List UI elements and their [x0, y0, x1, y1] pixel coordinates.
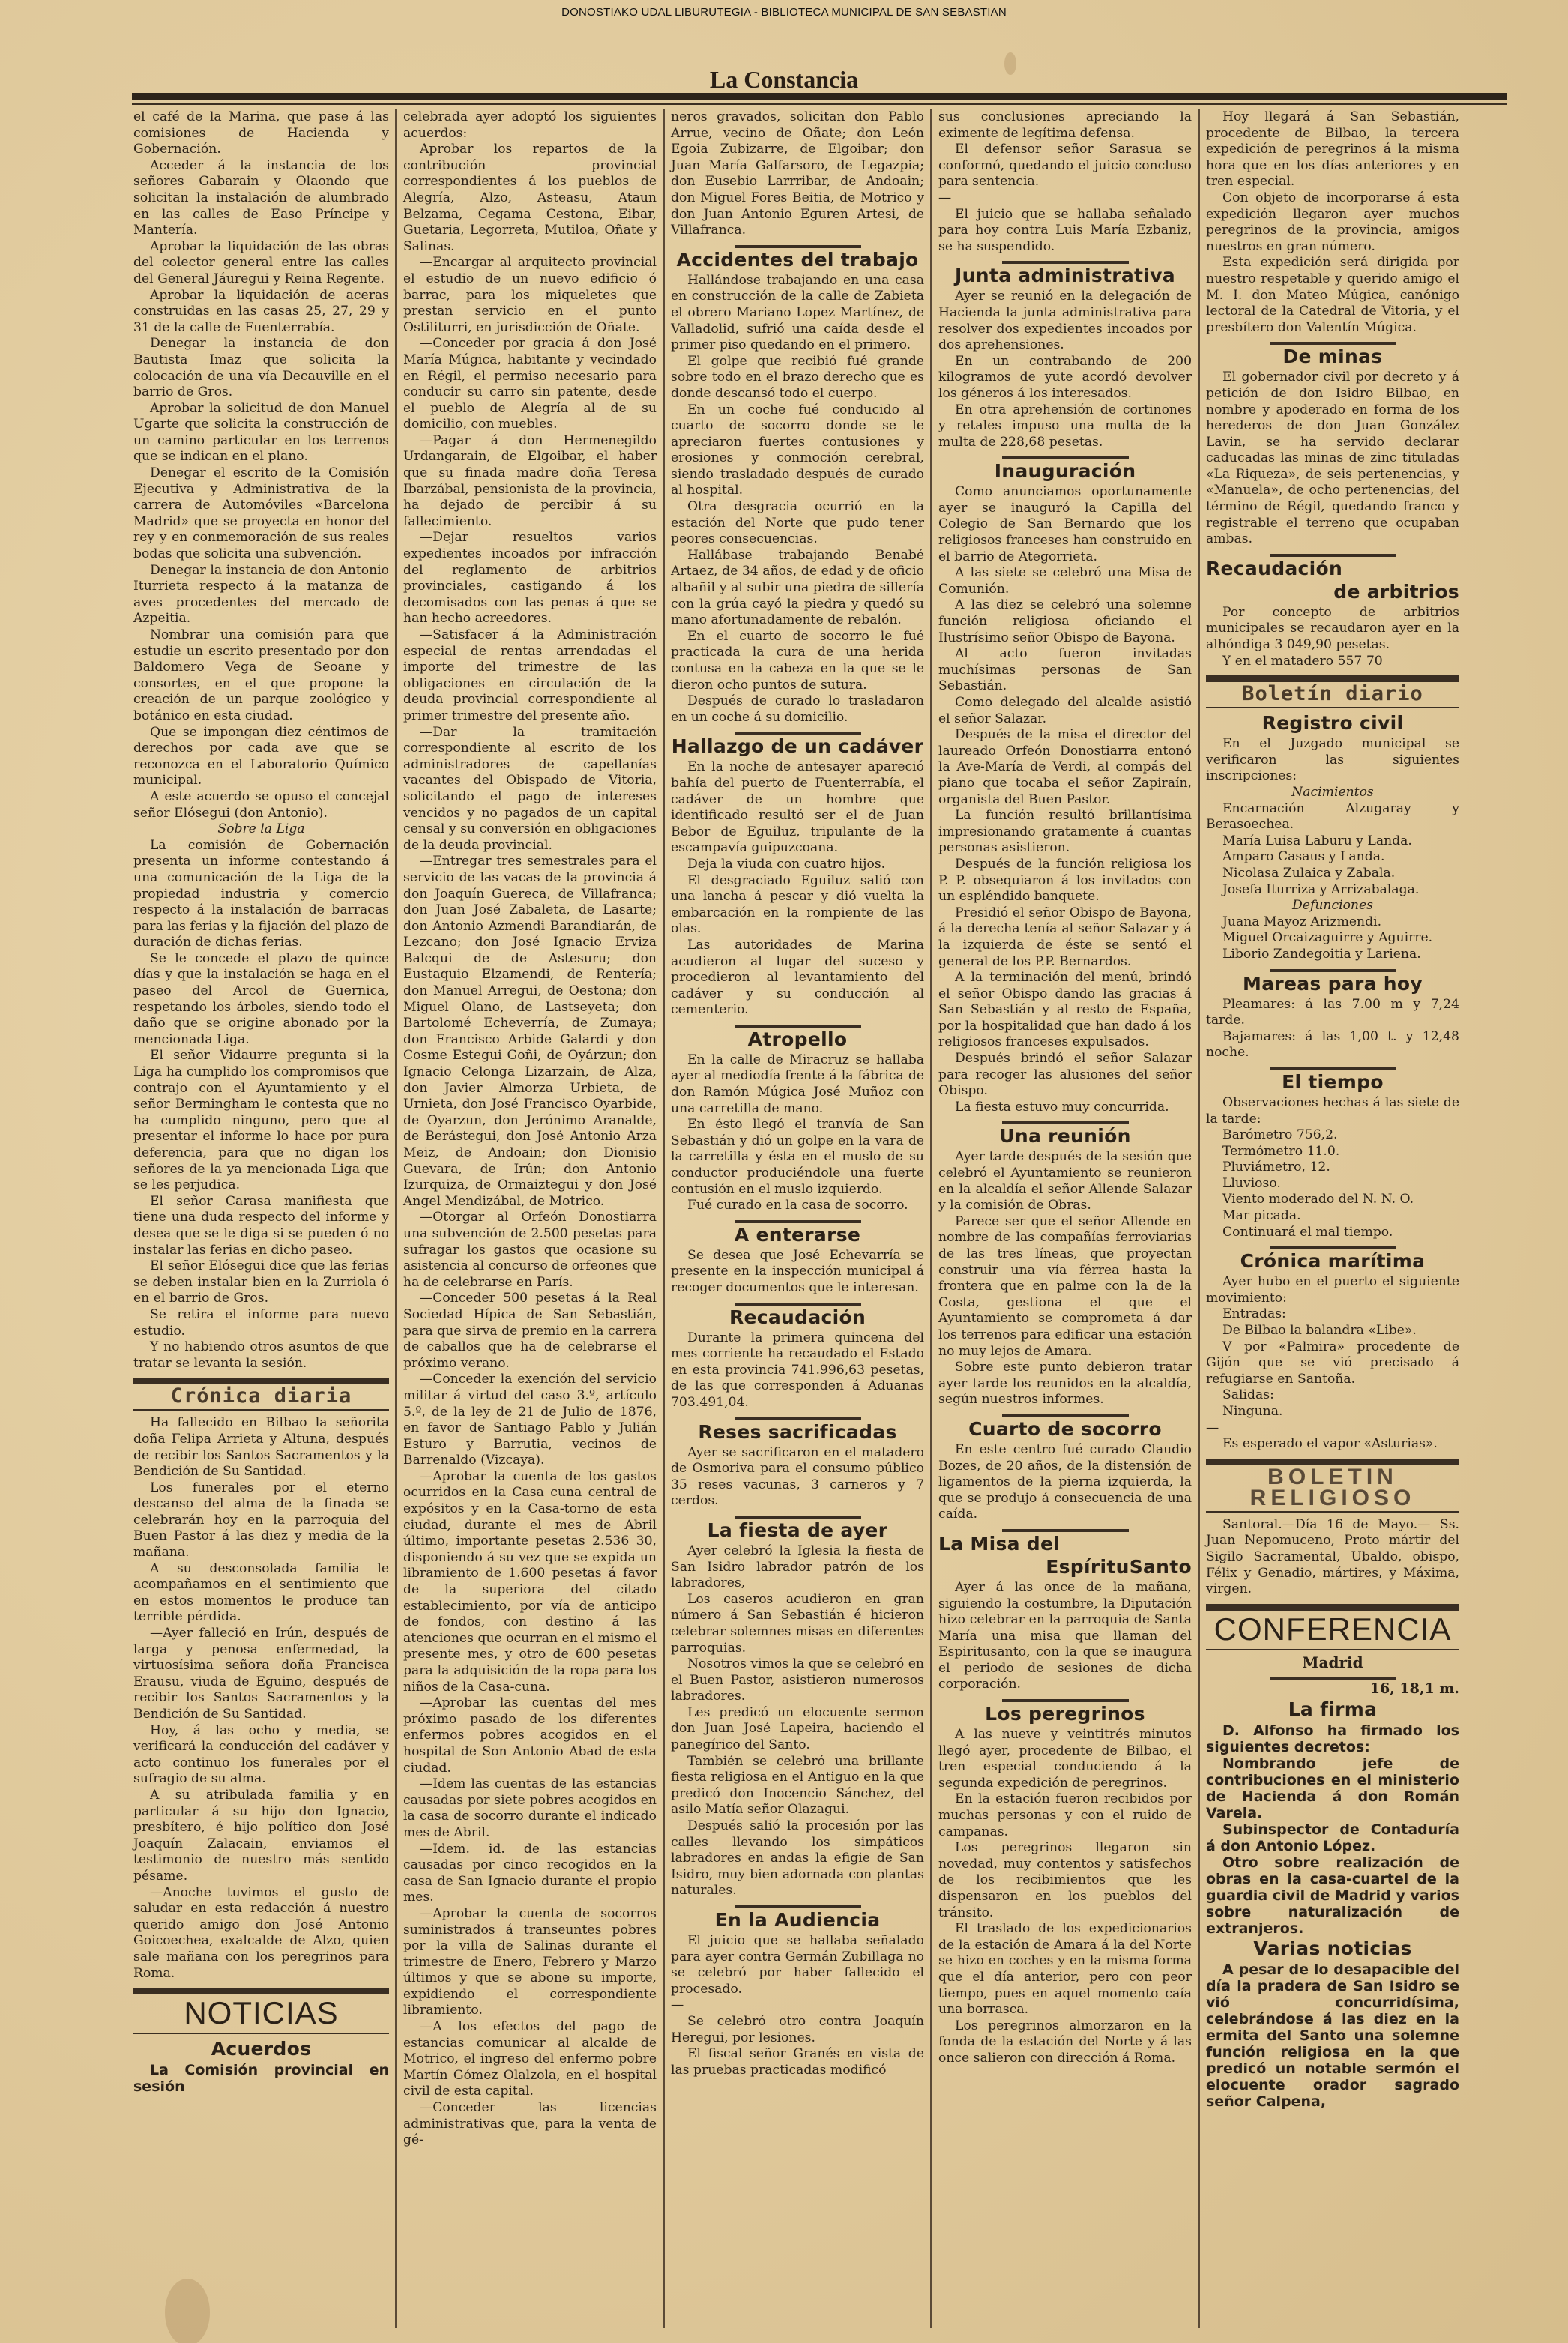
article-paragraph: La Comisión provincial en sesión: [133, 2062, 389, 2095]
article-paragraph: Se le concede el plazo de quince días y …: [133, 951, 389, 1049]
article-paragraph: En la calle de Miracruz se hallaba ayer …: [671, 1052, 924, 1117]
article-paragraph: Hallándose trabajando en una casa en con…: [671, 273, 924, 354]
article-paragraph: D. Alfonso ha firmado los siguientes dec…: [1206, 1722, 1459, 1755]
article-paragraph: El señor Vidaurre pregunta si la Liga ha…: [133, 1048, 389, 1193]
article-paragraph: El señor Elósegui dice que las ferias se…: [133, 1258, 389, 1307]
article-paragraph: El desgraciado Eguiluz salió con una lan…: [671, 873, 924, 938]
page-title: La Constancia: [0, 66, 1568, 94]
section-divider: [1002, 1699, 1129, 1702]
article-heading: Cuarto de socorro: [938, 1419, 1192, 1440]
article-paragraph: Ayer hubo en el puerto el siguiente movi…: [1206, 1274, 1459, 1306]
list-item: Nicolasa Zulaica y Zabala.: [1206, 866, 1459, 882]
section-divider: [1002, 1529, 1129, 1532]
article-paragraph: —Dejar resueltos varios expedientes inco…: [403, 530, 657, 627]
section-divider: [1002, 1121, 1129, 1124]
article-paragraph: —Idem las cuentas de las estancias causa…: [403, 1776, 657, 1841]
article-paragraph: Denegar la instancia de don Bautista Ima…: [133, 336, 389, 400]
section-divider: [735, 732, 861, 735]
article-heading: A enterarse: [671, 1225, 924, 1246]
article-paragraph: La comisión de Gobernación presenta un i…: [133, 838, 389, 951]
section-divider-thin: [1206, 1649, 1459, 1650]
subheading: Defunciones: [1206, 898, 1459, 914]
article-paragraph: —: [1206, 1420, 1459, 1437]
article-paragraph: El defensor señor Sarasua se conformó, q…: [938, 142, 1192, 190]
article-paragraph: A las nueve y veintitrés minutos llegó a…: [938, 1727, 1192, 1791]
article-paragraph: Los peregrinos almorzaron en la fonda de…: [938, 2018, 1192, 2067]
article-paragraph: —Anoche tuvimos el gusto de saludar en e…: [133, 1885, 389, 1982]
article-heading: Recaudación: [671, 1307, 924, 1328]
column-5: Hoy llegará á San Sebastián, procedente …: [1198, 109, 1465, 2328]
article-paragraph: —Satisfacer á la Administración especial…: [403, 627, 657, 725]
article-heading: Una reunión: [938, 1126, 1192, 1147]
article-paragraph: el café de la Marina, que pase á las com…: [133, 109, 389, 158]
article-paragraph: Ayer tarde después de la sesión que cele…: [938, 1149, 1192, 1213]
section-divider: [735, 1220, 861, 1223]
article-paragraph: —Entregar tres semestrales para el servi…: [403, 854, 657, 1210]
article-paragraph: Es esperado el vapor «Asturias».: [1206, 1436, 1459, 1453]
section-divider: [1270, 554, 1396, 557]
article-paragraph: Después de curado lo trasladaron en un c…: [671, 693, 924, 726]
article-paragraph: Acceder á la instancia de los señores Ga…: [133, 158, 389, 239]
article-paragraph: A su atribulada familia y en particular …: [133, 1788, 389, 1885]
dateline-heading: Madrid: [1206, 1655, 1459, 1671]
article-paragraph: La función resultó brillantísima impresi…: [938, 808, 1192, 857]
article-paragraph: Subinspector de Contaduría á don Antonio…: [1206, 1821, 1459, 1854]
section-divider: [735, 1417, 861, 1420]
article-paragraph: El gobernador civil por decreto y á peti…: [1206, 370, 1459, 548]
list-item: Liborio Zandegoitia y Lariena.: [1206, 947, 1459, 963]
article-paragraph: Deja la viuda con cuatro hijos.: [671, 857, 924, 873]
column-2: celebrada ayer adoptó los siguientes acu…: [395, 109, 663, 2328]
newspaper-page: DONOSTIAKO UDAL LIBURUTEGIA - BIBLIOTECA…: [0, 0, 1568, 2343]
section-divider: [1270, 342, 1396, 345]
article-paragraph: Les predicó un elocuente sermon don Juan…: [671, 1705, 924, 1754]
article-paragraph: En el cuarto de socorro le fué practicad…: [671, 629, 924, 693]
article-heading: De minas: [1206, 346, 1459, 367]
list-item: Entradas:: [1206, 1306, 1459, 1323]
article-heading: de arbitrios: [1206, 582, 1459, 603]
list-item: Salidas:: [1206, 1387, 1459, 1404]
article-paragraph: —Idem. id. de las estancias causadas por…: [403, 1842, 657, 1906]
article-paragraph: —Otorgar al Orfeón Donostiarra una subve…: [403, 1210, 657, 1291]
section-divider-heavy: [1206, 675, 1459, 682]
article-paragraph: sus conclusiones apreciando la eximente …: [938, 109, 1192, 142]
column-3: neros gravados, solicitan don Pablo Arru…: [663, 109, 930, 2328]
article-paragraph: Después salió la procesión por las calle…: [671, 1818, 924, 1899]
article-paragraph: El fiscal señor Granés en vista de las p…: [671, 2046, 924, 2078]
subheading: Nacimientos: [1206, 785, 1459, 801]
article-paragraph: Denegar el escrito de la Comisión Ejecut…: [133, 465, 389, 563]
masthead-rule-thin: [132, 103, 1507, 105]
article-paragraph: En el Juzgado municipal se verificaron l…: [1206, 736, 1459, 785]
section-divider-heavy: [133, 1378, 389, 1384]
article-heading: Crónica diaria: [133, 1386, 389, 1407]
article-heading: Reses sacrificadas: [671, 1422, 924, 1443]
article-heading: La firma: [1206, 1699, 1459, 1720]
article-paragraph: —Conceder 500 pesetas á la Real Sociedad…: [403, 1291, 657, 1372]
article-paragraph: Se celebró otro contra Joaquín Heregui, …: [671, 2014, 924, 2046]
section-divider: [1002, 1414, 1129, 1417]
article-paragraph: Hoy, á las ocho y media, se verificará l…: [133, 1723, 389, 1788]
article-paragraph: —Conceder las licencias administrativas …: [403, 2100, 657, 2149]
article-heading: Hallazgo de un cadáver: [671, 736, 924, 757]
section-divider: [1002, 261, 1129, 264]
article-paragraph: A la terminación del menú, brindó el señ…: [938, 970, 1192, 1051]
article-paragraph: En un coche fué conducido al cuarto de s…: [671, 402, 924, 500]
article-paragraph: Se desea que José Echevarría se presente…: [671, 1248, 924, 1297]
article-heading: Registro civil: [1206, 713, 1459, 734]
article-paragraph: —Dar la tramitación correspondiente al e…: [403, 725, 657, 854]
list-item: Mar picada.: [1206, 1208, 1459, 1225]
article-paragraph: En la noche de antesayer apareció bahía …: [671, 759, 924, 857]
article-heading: BOLETIN RELIGIOSO: [1206, 1467, 1459, 1509]
article-paragraph: Santoral.—Día 16 de Mayo.— Ss. Juan Nepo…: [1206, 1517, 1459, 1598]
article-paragraph: Nosotros vimos la que se celebró en el B…: [671, 1656, 924, 1705]
article-paragraph: —Aprobar la cuenta de socorros suministr…: [403, 1906, 657, 2019]
article-heading: Boletín diario: [1206, 684, 1459, 705]
article-paragraph: A pesar de lo desapacible del día la pra…: [1206, 1961, 1459, 2110]
list-item: Barómetro 756,2.: [1206, 1127, 1459, 1144]
section-divider: [1002, 456, 1129, 459]
list-item: Termómetro 11.0.: [1206, 1144, 1459, 1160]
article-heading: CONFERENCIA: [1206, 1612, 1459, 1647]
article-paragraph: Bajamares: á las 1,00 t. y 12,48 noche.: [1206, 1029, 1459, 1061]
section-divider: [735, 1303, 861, 1306]
article-paragraph: Encarnación Alzugaray y Berasoechea.: [1206, 801, 1459, 833]
article-paragraph: —Aprobar las cuentas del mes próximo pas…: [403, 1695, 657, 1776]
article-heading: Los peregrinos: [938, 1704, 1192, 1725]
article-paragraph: Aprobar la liquidación de las obras del …: [133, 239, 389, 288]
article-paragraph: Y en el matadero 557 70: [1206, 654, 1459, 670]
list-item: Pluviámetro, 12.: [1206, 1160, 1459, 1176]
article-heading: Acuerdos: [133, 2039, 389, 2060]
article-paragraph: El señor Carasa manifiesta que tiene una…: [133, 1194, 389, 1258]
article-paragraph: Sobre este punto debieron tratar ayer ta…: [938, 1360, 1192, 1408]
article-paragraph: celebrada ayer adoptó los siguientes acu…: [403, 109, 657, 142]
article-paragraph: Ha fallecido en Bilbao la señorita doña …: [133, 1415, 389, 1480]
article-paragraph: Ayer á las once de la mañana, siguiendo …: [938, 1580, 1192, 1693]
article-heading: NOTICIAS: [133, 1996, 389, 2030]
list-item: Continuará el mal tiempo.: [1206, 1225, 1459, 1241]
article-paragraph: —Encargar al arquitecto provincial el es…: [403, 255, 657, 336]
article-paragraph: Esta expedición será dirigida por nuestr…: [1206, 255, 1459, 336]
article-paragraph: —Aprobar la cuenta de los gastos ocurrid…: [403, 1469, 657, 1695]
article-paragraph: Aprobar los repartos de la contribución …: [403, 142, 657, 255]
article-paragraph: En un contrabando de 200 kilogramos de y…: [938, 354, 1192, 402]
article-heading: Inauguración: [938, 461, 1192, 482]
article-heading: Mareas para hoy: [1206, 974, 1459, 995]
list-item: De Bilbao la balandra «Libe».: [1206, 1323, 1459, 1339]
section-divider: [735, 245, 861, 248]
article-paragraph: Nombrando jefe de contribuciones en el m…: [1206, 1755, 1459, 1821]
article-paragraph: Nombrar una comisión para que estudie un…: [133, 627, 389, 725]
article-paragraph: Ayer se reunió en la delegación de Hacie…: [938, 289, 1192, 353]
article-heading: Junta administrativa: [938, 265, 1192, 286]
article-paragraph: En otra aprehensión de cortinones y reta…: [938, 402, 1192, 451]
article-paragraph: Y no habiendo otros asuntos de que trata…: [133, 1339, 389, 1372]
article-paragraph: Pleamares: á las 7.00 m y 7,24 tarde.: [1206, 997, 1459, 1029]
article-heading: En la Audiencia: [671, 1910, 924, 1931]
article-paragraph: Durante la primera quincena del mes corr…: [671, 1330, 924, 1411]
section-divider: [735, 1025, 861, 1028]
article-heading: La Misa del: [938, 1534, 1192, 1555]
article-paragraph: —: [938, 190, 1192, 207]
article-heading: Crónica marítima: [1206, 1251, 1459, 1272]
article-paragraph: En ésto llegó el tranvía de San Sebastiá…: [671, 1117, 924, 1198]
article-paragraph: Hallábase trabajando Benabé Artaez, de 3…: [671, 548, 924, 629]
subheading: Sobre la Liga: [133, 821, 389, 838]
list-item: María Luisa Laburu y Landa.: [1206, 833, 1459, 850]
list-item: Viento moderado del N. N. O.: [1206, 1192, 1459, 1208]
article-paragraph: Ayer celebró la Iglesia la fiesta de San…: [671, 1543, 924, 1592]
article-paragraph: —Conceder la exención del servicio milit…: [403, 1372, 657, 1469]
article-paragraph: A las siete se celebró una Misa de Comun…: [938, 565, 1192, 597]
list-item: Miguel Orcaizaguirre y Aguirre.: [1206, 930, 1459, 947]
article-paragraph: —A los efectos del pago de estancias com…: [403, 2019, 657, 2100]
list-item: Amparo Casaus y Landa.: [1206, 849, 1459, 866]
article-paragraph: Aprobar la liquidación de aceras constru…: [133, 288, 389, 337]
article-paragraph: Los funerales por el eterno descanso del…: [133, 1480, 389, 1561]
article-paragraph: Como delegado del alcalde asistió el señ…: [938, 695, 1192, 727]
article-paragraph: Que se impongan diez céntimos de derecho…: [133, 725, 389, 789]
archive-header: DONOSTIAKO UDAL LIBURUTEGIA - BIBLIOTECA…: [0, 6, 1568, 19]
article-paragraph: Hoy llegará á San Sebastián, procedente …: [1206, 109, 1459, 190]
masthead-rule: [132, 93, 1507, 100]
article-paragraph: Por concepto de arbitrios municipales se…: [1206, 605, 1459, 654]
article-paragraph: También se celebró una brillante fiesta …: [671, 1754, 924, 1818]
article-paragraph: La fiesta estuvo muy concurrida.: [938, 1100, 1192, 1116]
article-heading: Varias noticias: [1206, 1938, 1459, 1959]
article-paragraph: Aprobar la solicitud de don Manuel Ugart…: [133, 401, 389, 465]
article-heading: Atropello: [671, 1029, 924, 1050]
article-heading: Accidentes del trabajo: [671, 250, 924, 271]
list-item: Lluvioso.: [1206, 1176, 1459, 1192]
section-divider-heavy: [133, 1988, 389, 1994]
article-paragraph: A las diez se celebró una solemne funció…: [938, 597, 1192, 646]
article-paragraph: Denegar la instancia de don Antonio Itur…: [133, 563, 389, 627]
article-paragraph: A este acuerdo se opuso el concejal seño…: [133, 789, 389, 821]
article-paragraph: Se retira el informe para nuevo estudio.: [133, 1307, 389, 1339]
article-paragraph: Los caseros acudieron en gran número á S…: [671, 1592, 924, 1656]
section-divider: [735, 1905, 861, 1908]
article-heading: EspírituSanto: [938, 1557, 1192, 1578]
article-paragraph: Después de la función religiosa los P. P…: [938, 857, 1192, 905]
section-divider: [1270, 1246, 1396, 1249]
article-paragraph: Al acto fueron invitadas muchísimas pers…: [938, 646, 1192, 695]
article-paragraph: Otra desgracia ocurrió en la estación de…: [671, 499, 924, 548]
article-paragraph: Fué curado en la casa de socorro.: [671, 1198, 924, 1214]
article-paragraph: El golpe que recibió fué grande sobre to…: [671, 354, 924, 402]
article-paragraph: Presidió el señor Obispo de Bayona, á la…: [938, 905, 1192, 970]
article-paragraph: Después de la misa el director del laure…: [938, 727, 1192, 808]
article-paragraph: A su desconsolada familia le acompañamos…: [133, 1561, 389, 1626]
article-paragraph: neros gravados, solicitan don Pablo Arru…: [671, 109, 924, 239]
article-paragraph: —: [671, 1997, 924, 2014]
section-divider-thin: [1206, 1511, 1459, 1513]
section-divider-heavy: [1206, 1604, 1459, 1611]
article-paragraph: —Pagar á don Hermenegildo Urdangarain, d…: [403, 433, 657, 531]
article-paragraph: —Ayer falleció en Irún, después de larga…: [133, 1626, 389, 1723]
article-paragraph: Observaciones hechas á las siete de la t…: [1206, 1095, 1459, 1127]
article-paragraph: El traslado de los expedicionarios de la…: [938, 1921, 1192, 2018]
article-heading: Recaudación: [1206, 558, 1459, 579]
list-item: Ninguna.: [1206, 1404, 1459, 1420]
article-paragraph: Ayer se sacrificaron en el matadero de O…: [671, 1445, 924, 1510]
article-heading: La fiesta de ayer: [671, 1520, 924, 1541]
columns-container: el café de la Marina, que pase á las com…: [127, 109, 1510, 2328]
article-paragraph: Otro sobre realización de obras en la ca…: [1206, 1854, 1459, 1937]
article-paragraph: Con objeto de incorporarse á esta expedi…: [1206, 190, 1459, 255]
section-divider: [735, 1516, 861, 1519]
section-divider: [1270, 1067, 1396, 1070]
article-paragraph: En la estación fueron recibidos por much…: [938, 1791, 1192, 1840]
column-4: sus conclusiones apreciando la eximente …: [930, 109, 1198, 2328]
article-paragraph: V por «Palmira» procedente de Gijón que …: [1206, 1339, 1459, 1388]
dispatch-time: 16, 18,1 m.: [1206, 1681, 1459, 1698]
list-item: Josefa Iturriza y Arrizabalaga.: [1206, 882, 1459, 899]
article-heading: El tiempo: [1206, 1072, 1459, 1093]
section-divider-thin: [133, 1409, 389, 1411]
article-paragraph: Parece ser que el señor Allende en nombr…: [938, 1214, 1192, 1360]
section-divider-thin: [133, 2033, 389, 2034]
section-divider: [1270, 1677, 1396, 1680]
article-paragraph: Los peregrinos llegaron sin novedad, muy…: [938, 1840, 1192, 1921]
article-paragraph: En este centro fué curado Claudio Bozes,…: [938, 1442, 1192, 1523]
section-divider: [1270, 969, 1396, 972]
column-1: el café de la Marina, que pase á las com…: [127, 109, 395, 2328]
article-paragraph: Las autoridades de Marina acudieron al l…: [671, 938, 924, 1019]
article-paragraph: Como anunciamos oportunamente ayer se in…: [938, 484, 1192, 565]
article-paragraph: Después brindó el señor Salazar para rec…: [938, 1051, 1192, 1100]
section-divider-thin: [1206, 707, 1459, 708]
list-item: Juana Mayoz Arizmendi.: [1206, 914, 1459, 931]
article-paragraph: El juicio que se hallaba señalado para a…: [671, 1933, 924, 1997]
article-paragraph: —Conceder por gracia á don José María Mú…: [403, 336, 657, 433]
article-paragraph: El juicio que se hallaba señalado para h…: [938, 207, 1192, 256]
